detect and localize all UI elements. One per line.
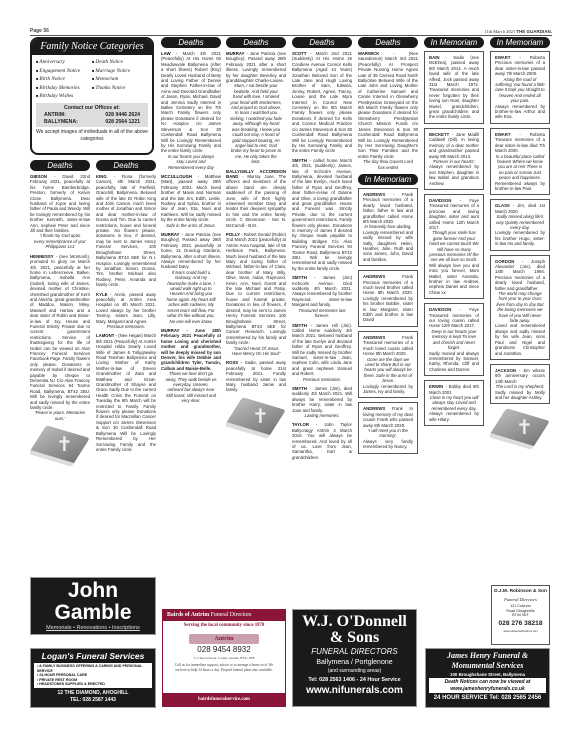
notice-text: - June Patricia (nee Boughey) Passed awa… bbox=[161, 232, 221, 269]
memoriam-notice: ANDREWS Frank Treasured memories of a mu… bbox=[358, 331, 418, 398]
notice-name: GORDON bbox=[495, 259, 522, 264]
death-notice: ROSS - Sadie, passed away peacefully at … bbox=[226, 360, 286, 392]
ad-odonnell: W.J. O'Donnell & Sons FUNERAL DIRECTORS … bbox=[292, 609, 417, 707]
deaths-column-3: Deaths LAW - March 4th 2021 (Peacefully)… bbox=[161, 37, 221, 408]
deaths-column-6: Deaths WARWICK - (Nee Saunderson) March … bbox=[358, 37, 418, 458]
death-notice: HENNESSY - (nee McIntosh), promoted to g… bbox=[30, 254, 90, 422]
bible-icon: ✝ bbox=[30, 425, 90, 465]
notice-name: SCOTT bbox=[292, 51, 310, 56]
jameshenry-addr: 100 Broughshane Street, Ballymena bbox=[426, 671, 549, 678]
memoriam-column-2: In Memoriam EWART - Roberta Precious mem… bbox=[490, 37, 550, 452]
notice-verse: Along the road of suffering You found a … bbox=[495, 77, 545, 104]
deaths-column-1: Deaths GIBSON - David 22nd February 2021… bbox=[30, 160, 90, 469]
deaths-column-2: Deaths KING - Fiona (formerly Carson), 4… bbox=[96, 160, 156, 456]
memoriam-notice: EWART - Roberta Treasure memories of a d… bbox=[490, 128, 550, 195]
notice-verse: Mum, I sat beside your bedside, And held… bbox=[226, 83, 286, 164]
ad-robinson: D.J.M. Robinson & Son Funeral Directors … bbox=[491, 585, 550, 645]
family-notice-categories: Family Notice Categories Anniversary Dea… bbox=[30, 37, 154, 155]
memoriam-notice: BECKETT - Jane Madill Caldwell (Dill). I… bbox=[424, 128, 484, 190]
page-number: Page 56 bbox=[30, 29, 49, 34]
contact-offices: Contact our Offices at: ANTRIM:028 9446 … bbox=[36, 103, 148, 127]
death-notice: SMYTH - called home March 4th, 2021, (su… bbox=[292, 158, 352, 272]
notice-name: GIBSON bbox=[30, 174, 54, 179]
accept-images-note: We accept images of individuals in all o… bbox=[32, 128, 152, 143]
category-item: Birthday Wishes bbox=[36, 92, 92, 101]
death-notice: WARWICK - (Nee Saunderson) March 3rd 202… bbox=[358, 51, 418, 170]
death-notice: SMYTH - James (Jim), died suddenly 4th M… bbox=[292, 386, 352, 418]
bairds-web[interactable]: bairdsfuneralservice.com bbox=[198, 697, 250, 702]
bairds-footer: bairdsfuneralservice.com bbox=[163, 693, 285, 706]
category-item: Birth Notice bbox=[36, 75, 92, 84]
deaths-column-5: Deaths SCOTT - March 2nd 2021 (Suddenly)… bbox=[292, 37, 352, 464]
notice-text: - John Taylor Ballycraigy Antrim 4 March… bbox=[292, 422, 352, 459]
death-notice: TAYLOR - John Taylor Ballycraigy Antrim … bbox=[292, 422, 352, 460]
notice-text: - James (Jim) Inchcolm Avenue. Died sudd… bbox=[292, 275, 352, 307]
bairds-town: Antrim bbox=[189, 634, 259, 644]
memoriam-notice: ANDREWS Frank In loving memory of my dea… bbox=[358, 402, 418, 453]
robinson-phone: 028 276 38218 bbox=[492, 618, 549, 630]
memoriam-tab: In Memoriam bbox=[358, 174, 418, 185]
notice-name: MURRAY bbox=[226, 51, 246, 56]
notice-name: MURRAY bbox=[161, 328, 187, 333]
notice-verse: Close in my heart you will always stay L… bbox=[429, 395, 479, 411]
notice-text: - June 28th February 2021 Peacefully at … bbox=[161, 328, 221, 371]
odonnell-sons: & Sons bbox=[293, 630, 416, 646]
notice-verse: In heavenly love abiding. bbox=[363, 224, 413, 229]
notice-verse: Those we love don't go away, They walk b… bbox=[161, 371, 221, 403]
notice-tail: Always remembered by brother-in-law Arth… bbox=[495, 104, 545, 120]
deaths-tab: Deaths bbox=[226, 37, 286, 48]
notice-name: KING bbox=[96, 174, 113, 179]
bairds-header: Bairds of Antrim Funeral Directors bbox=[163, 610, 285, 621]
memoriam-notice: ANDREWS - Frank Precious memories of a d… bbox=[358, 188, 418, 266]
notice-name: ROSS bbox=[226, 360, 241, 365]
death-notice: SCOTT - March 2nd 2021 (Suddenly) At His… bbox=[292, 51, 352, 154]
categories-list: Anniversary Death Notice Engagement Noti… bbox=[32, 55, 152, 102]
deaths-tab: Deaths bbox=[30, 160, 90, 171]
jameshenry-web[interactable]: www.jameshenryfunerals.co.uk bbox=[430, 686, 545, 693]
notice-text: - Robert Gerald (Robin) 2nd March 2021 (… bbox=[226, 232, 286, 345]
death-notice: GIBSON - David 22nd February 2021, peace… bbox=[30, 174, 90, 250]
notice-verse: Lasting memories. bbox=[292, 413, 352, 418]
robinson-sub: Funeral Directors bbox=[492, 596, 549, 604]
notice-text: - June Patricia (nee Boughey). Passed aw… bbox=[226, 51, 286, 83]
notice-name: BAIN bbox=[429, 55, 446, 60]
notice-text: Frank Precious memories of a much loved … bbox=[363, 274, 413, 322]
notice-name: DAVIDSON bbox=[429, 307, 460, 312]
deaths-tab: Deaths bbox=[358, 37, 418, 48]
notice-text: - March 4th 2021 (Peacefully) At His Hom… bbox=[161, 51, 221, 153]
category-item: Marriage Notice bbox=[92, 67, 148, 76]
death-notice: BALLYGELLY ACCORDION BAND - Murray June.… bbox=[226, 169, 286, 228]
notice-name: ANDREWS bbox=[363, 335, 402, 340]
notice-text: - Sadie, passed away peacefully at home … bbox=[226, 360, 286, 392]
notice-tail: Lovingly remembered by his brother Hugo,… bbox=[495, 230, 545, 246]
deaths-column-4: Deaths MURRAY - June Patricia (nee Bough… bbox=[226, 37, 286, 441]
notice-tail: Always remembered by son Stephen, daught… bbox=[429, 164, 479, 186]
deaths-tab: Deaths bbox=[292, 37, 352, 48]
notice-name: ERWIN bbox=[429, 384, 445, 389]
notice-text: - Sadie (nee McElrea), passed away 6th M… bbox=[429, 55, 479, 119]
notice-verse: 'Peace is yours. Memories ours.' bbox=[30, 410, 90, 421]
deaths-tab: Deaths bbox=[96, 160, 156, 171]
logans-name: Logan's Funeral Services bbox=[31, 649, 155, 663]
notice-verse: Treasured memories last forever. bbox=[292, 308, 352, 319]
notice-verse: Gone are the days we used to share But i… bbox=[363, 357, 413, 384]
notice-verse: Though your smile has gone forever And y… bbox=[429, 230, 479, 262]
gamble-tel: TEL: 028 2564 3419 / 07775 950 144 bbox=[31, 632, 155, 635]
notice-text: - called home March 4th, 2021, (suddenly… bbox=[292, 158, 352, 271]
death-notice: POLLY - Robert Gerald (Robin) 2nd March … bbox=[226, 232, 286, 356]
jameshenry-name: James Henry Funeral & bbox=[426, 651, 549, 661]
robinson-name: D.J.M. Robinson & Son bbox=[492, 588, 549, 596]
gamble-services: Memorials • Renovations • Inscriptions bbox=[31, 624, 155, 632]
logans-services: • A FAMILY BUSINESS OFFERING A CARING AN… bbox=[34, 663, 152, 688]
category-item: Birthday Memories bbox=[36, 84, 92, 93]
notice-verse: If tears could build a stairway, And my … bbox=[161, 270, 221, 324]
death-notice: MCCULLOUGH - Matthew (Matt), passed away… bbox=[161, 174, 221, 228]
gamble-name: John Gamble bbox=[31, 580, 155, 624]
notice-text: - Frank Precious memories of a dearly lo… bbox=[363, 192, 413, 224]
notice-verse: Safe in the arms of Jesus. bbox=[161, 223, 221, 228]
notice-name: SMYTH bbox=[292, 158, 309, 163]
notice-name: SMYTH bbox=[292, 323, 311, 328]
notice-verse: Precious memories. bbox=[292, 377, 352, 382]
death-notice: SMYTH - James Hill (Jim). Called Home su… bbox=[292, 323, 352, 382]
notice-tail: Remembered always by brother-in-law Paul… bbox=[495, 181, 545, 192]
memoriam-notice: EWART - Roberta Precious memories of a d… bbox=[490, 51, 550, 124]
notice-name: WARWICK bbox=[358, 51, 393, 56]
notice-text: - Matthew (Matt), passed away 29th Febru… bbox=[161, 174, 221, 222]
office-antrim: ANTRIM:028 9446 2624 bbox=[40, 112, 144, 119]
ad-bairds: Bairds of Antrim Funeral Directors Servi… bbox=[162, 609, 286, 707]
notice-tail: Always remembered by wife Hilary. bbox=[429, 411, 479, 422]
category-item: Anniversary bbox=[36, 58, 92, 67]
memoriam-notice: GORDON - Joseph Alexander (Joe), died 14… bbox=[490, 255, 550, 360]
odonnell-sub: FUNERAL DIRECTORS bbox=[293, 646, 416, 658]
memoriam-tab: In Memoriam bbox=[490, 37, 550, 48]
notice-verse: 'I thank my God upon every remembrance o… bbox=[30, 233, 90, 249]
notice-tail: Loved and remembered always and sadly mi… bbox=[495, 323, 545, 355]
robinson-addr: 121 Culcrum Road Cloughmills BT44 9DT bbox=[492, 604, 549, 618]
memoriam-notice: DAVIDSON - Faye Treasured memories of a … bbox=[424, 194, 484, 299]
notice-name: EWART bbox=[495, 132, 519, 137]
notice-verse: In our hearts you always stay Loved and … bbox=[161, 154, 221, 170]
memoriam-notice: BAIN - Sadie (nee McElrea), passed away … bbox=[424, 51, 484, 124]
notice-tail: Always very fondly remembered by Nancy. bbox=[363, 439, 413, 450]
notice-name: ANDREWS bbox=[363, 274, 402, 279]
memoriam-notice: GLASS - Jim, died 1st March 2020Sadly mi… bbox=[490, 199, 550, 250]
categories-title: Family Notice Categories bbox=[32, 39, 152, 55]
odonnell-name: W.J. O'Donnell bbox=[293, 613, 416, 630]
ad-logans: Logan's Funeral Services • A FAMILY BUSI… bbox=[30, 648, 156, 708]
notice-name: ANDREWS bbox=[363, 406, 392, 411]
death-notice: KYLE - Annie, passed away peacefully at … bbox=[96, 292, 156, 330]
notice-text: - (Nee Saunderson) March 3rd 2021 (Peace… bbox=[358, 51, 418, 159]
category-item: Thanks Notice bbox=[92, 84, 148, 93]
death-notice: LAMONT - (Nee Hegan) March 5th 2021 (Pea… bbox=[96, 333, 156, 452]
notice-name: SMYTH bbox=[292, 386, 310, 391]
jameshenry-notice: Death Notices can now be viewed atwww.ja… bbox=[429, 678, 546, 693]
robinson-web[interactable]: www.robinsonsofculcrum.com bbox=[492, 630, 549, 634]
notice-name: ANDREWS bbox=[363, 192, 393, 197]
odonnell-web[interactable]: www.nifunerals.com bbox=[293, 685, 416, 697]
category-item: Memoriam bbox=[92, 75, 148, 84]
notice-text: - James Hill (Jim). Called Home suddenly… bbox=[292, 323, 352, 377]
notice-name: BECKETT bbox=[429, 132, 452, 137]
notice-verse: The world may change from year to year O… bbox=[495, 291, 545, 323]
notice-tail: Lovingly remembered by James, Ivy and fa… bbox=[363, 384, 413, 395]
deaths-tab: Deaths bbox=[161, 37, 221, 48]
notice-text: - Annie, passed away peacefully at Antri… bbox=[96, 292, 156, 324]
bairds-phone: 028 9454 8932 bbox=[163, 644, 285, 655]
notice-text: - March 2nd 2021 (Suddenly) At His Home … bbox=[292, 51, 352, 153]
notice-verse: In a beautiful place called heaven Where… bbox=[495, 154, 545, 181]
notice-name: KYLE bbox=[96, 292, 110, 297]
logans-addr: 12 THE DIAMOND, AHOGHILL bbox=[31, 690, 155, 697]
notice-text: - Faye Treasured memories of a precious … bbox=[429, 198, 479, 230]
odonnell-towns: Ballymena / Portglenone bbox=[293, 658, 416, 668]
odonnell-area: (and surrounding areas) bbox=[293, 668, 416, 675]
notice-verse: Precious memories. bbox=[96, 324, 156, 329]
memoriam-notice: DAVIDSON - Faye Treasured memories of ou… bbox=[424, 303, 484, 376]
notice-text: - (Nee Hegan) March 5th 2021 (Peacefully… bbox=[96, 333, 156, 452]
bairds-tagline: Serving the local community since 1870 bbox=[163, 621, 285, 631]
death-notice: MURRAY - June Patricia (nee Boughey). Pa… bbox=[226, 51, 286, 165]
notice-name: LAW bbox=[161, 51, 176, 56]
notice-verse: "Sacred Heart Of Jesus Have Mercy On His… bbox=[226, 346, 286, 357]
memoriam-notice: JACKSON - Jim whose 6th anniversary occu… bbox=[490, 364, 550, 404]
memoriam-notice: ANDREWS Frank Precious memories of a muc… bbox=[358, 270, 418, 327]
page-header: Page 56 11th March 2021 THE GUARDIAN. bbox=[30, 28, 552, 36]
death-notice: LAW - March 4th 2021 (Peacefully) At His… bbox=[161, 51, 221, 170]
death-notice: SMYTH - James (Jim) Inchcolm Avenue. Die… bbox=[292, 275, 352, 318]
office-ballymena: BALLYMENA:028 2564 1221 bbox=[40, 119, 144, 126]
ad-james-henry: James Henry Funeral & Monumental Service… bbox=[425, 648, 550, 708]
notice-name: MURRAY bbox=[161, 232, 181, 237]
notice-text: - Fiona (formerly Carson), 4th March 202… bbox=[96, 174, 156, 287]
issue-date: 11th March 2021 THE GUARDIAN. bbox=[484, 29, 552, 34]
notice-verse: Sadly missed along life's way Quietly re… bbox=[495, 214, 545, 230]
notice-tail: Sadly missed and always remembered by Sa… bbox=[429, 351, 479, 373]
notice-verse: 'I will meet you in the morning'. bbox=[363, 428, 413, 439]
category-item: Engagement Notice bbox=[36, 67, 92, 76]
jameshenry-tel: 24 HOUR SERVICE Tel: 028 2565 2456 bbox=[426, 693, 549, 703]
notice-name: DAVIDSON bbox=[429, 198, 460, 203]
notice-text: - Joseph Alexander (Joe), died 14th Marc… bbox=[495, 259, 545, 291]
notice-name: EWART bbox=[495, 55, 519, 60]
memoriam-tab: In Memoriam bbox=[424, 37, 484, 48]
notice-tail: Sadly missed by Molly and her daughter A… bbox=[495, 390, 545, 401]
logans-tel: TEL: 028 2587 1443 bbox=[31, 697, 155, 703]
notice-name: JACKSON bbox=[495, 368, 519, 373]
notice-text: - Murray June. The officers and members … bbox=[226, 174, 286, 228]
notice-name: MCCULLOUGH bbox=[161, 174, 198, 179]
notice-name: GLASS bbox=[495, 203, 513, 208]
notice-text: - David 22nd February 2021, peacefully a… bbox=[30, 174, 90, 233]
notice-tail: Lovingly remembered and sadly missed by … bbox=[363, 230, 413, 262]
notice-name: HENNESSY bbox=[30, 254, 56, 259]
bairds-blurb: Call us for immediate support, advice or… bbox=[163, 661, 285, 674]
notice-name: SMYTH bbox=[292, 275, 314, 280]
death-notice: KING - Fiona (formerly Carson), 4th Marc… bbox=[96, 174, 156, 288]
notice-name: LAMONT bbox=[96, 333, 116, 338]
memoriam-column-1: In Memoriam BAIN - Sadie (nee McElrea), … bbox=[424, 37, 484, 430]
notice-text: - (nee McIntosh), promoted to glory on M… bbox=[30, 254, 90, 410]
notice-verse: The Lord is my shepherd. bbox=[495, 384, 545, 389]
category-item: Death Notice bbox=[92, 58, 148, 67]
bible-icon: ✝ bbox=[226, 397, 286, 437]
notice-verse: The day thou Gavest Lord has ended bbox=[358, 159, 418, 170]
memoriam-notice: ERWIN - Bobby died 9th March 2001Close i… bbox=[424, 380, 484, 426]
notice-name: TAYLOR bbox=[292, 422, 316, 427]
death-notice: MURRAY - June 28th February 2021 Peacefu… bbox=[161, 328, 221, 404]
death-notice: MURRAY - June Patricia (nee Boughey) Pas… bbox=[161, 232, 221, 324]
notice-verse: Deep in our hearts your memory is kept T… bbox=[429, 329, 479, 351]
notice-tail: Will always love you and miss you foreve… bbox=[429, 263, 479, 295]
notice-name: POLLY bbox=[226, 232, 241, 237]
bible-icon: ✝ bbox=[490, 408, 550, 448]
odonnell-tel: Tel: 028 2563 1406 - 24 Hour Service bbox=[293, 675, 416, 685]
ad-john-gamble: John Gamble Memorials • Renovations • In… bbox=[30, 577, 156, 635]
